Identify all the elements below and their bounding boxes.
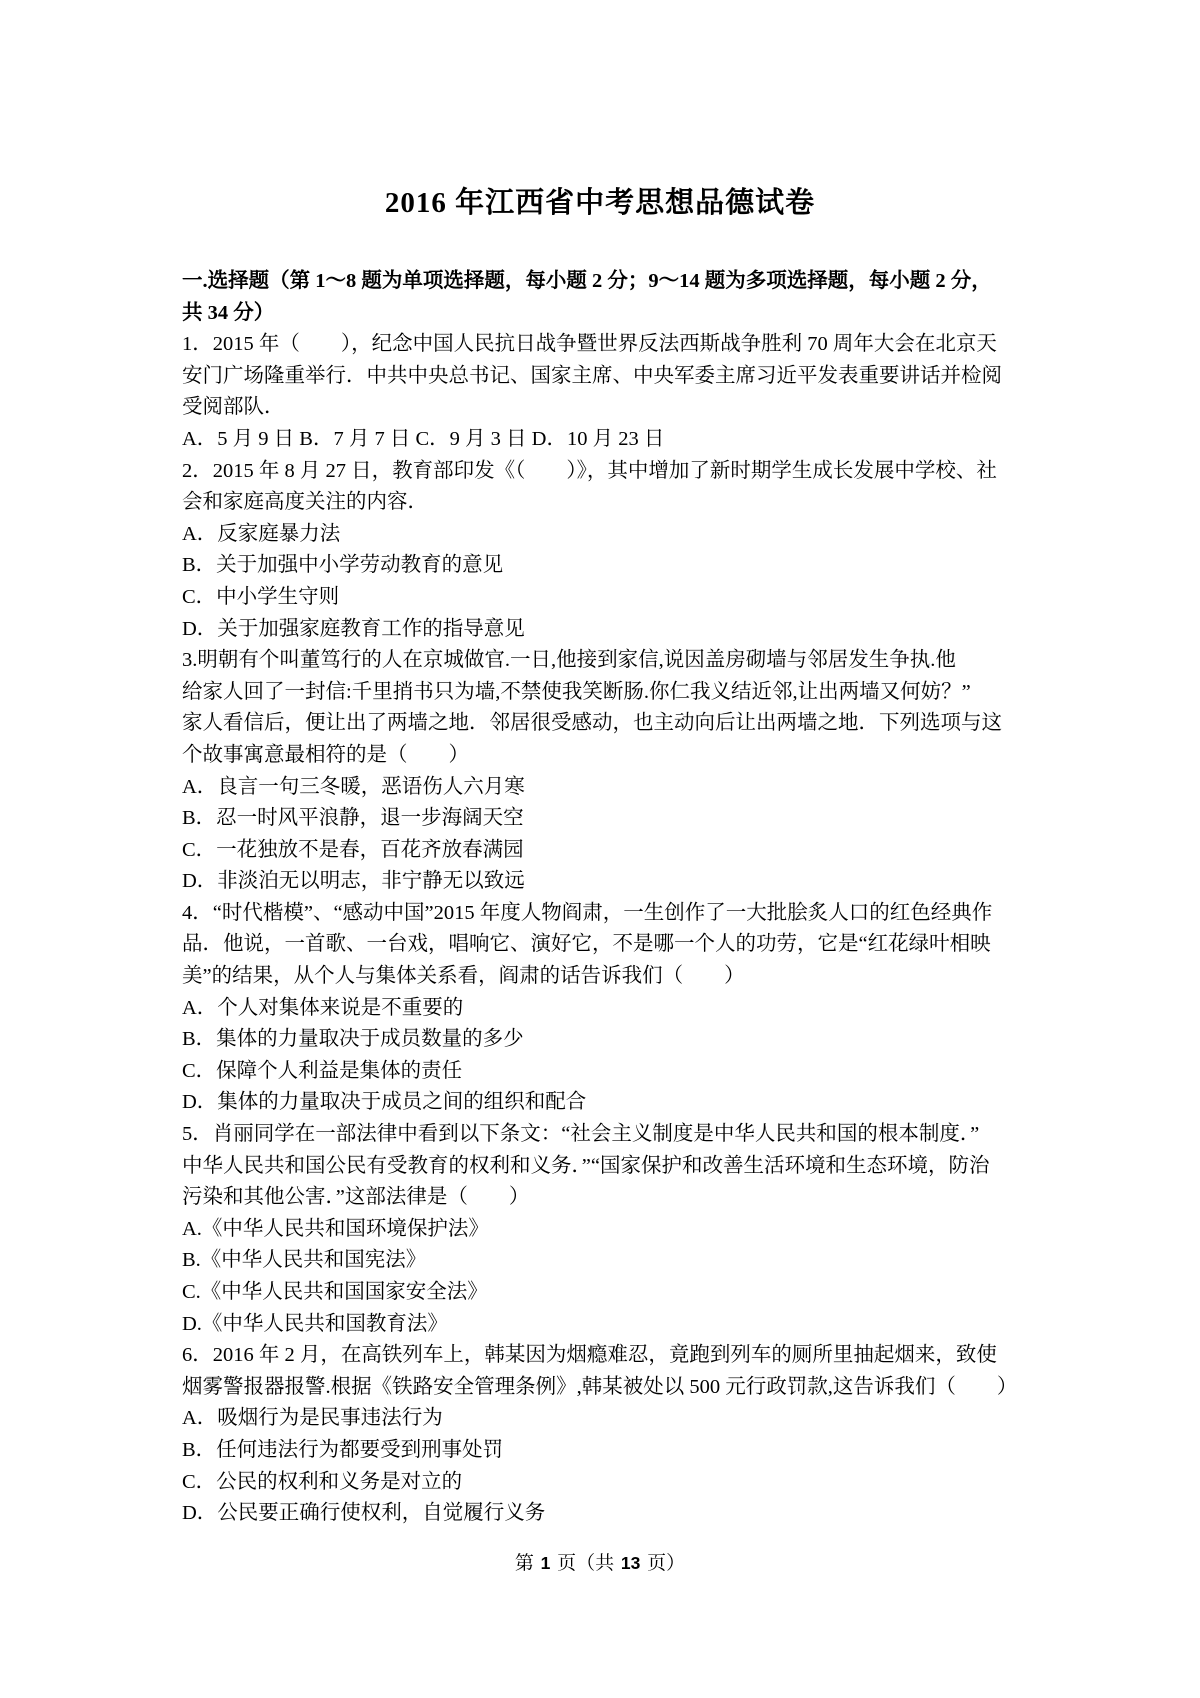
text-line: 安门广场隆重举行．中共中央总书记、国家主席、中央军委主席习近平发表重要讲话并检阅 <box>182 361 1027 393</box>
text-line: 6．2016 年 2 月，在高铁列车上，韩某因为烟瘾难忍，竟跑到列车的厕所里抽起… <box>182 1340 1027 1372</box>
text-line: 烟雾警报器报警.根据《铁路安全管理条例》,韩某被处以 500 元行政罚款,这告诉… <box>182 1372 1027 1404</box>
text-line: D．公民要正确行使权利，自觉履行义务 <box>182 1498 1027 1530</box>
text-line: A．反家庭暴力法 <box>182 519 1027 551</box>
text-line: A．个人对集体来说是不重要的 <box>182 993 1027 1025</box>
text-line: 个故事寓意最相符的是（ ） <box>182 740 1027 772</box>
text-line: 给家人回了一封信:千里捎书只为墙,不禁使我笑断肠.你仁我义结近邻,让出两墙又何妨… <box>182 677 1027 709</box>
footer-page-number: 1 <box>539 1553 553 1573</box>
text-line: 中华人民共和国公民有受教育的权利和义务．”“国家保护和改善生活环境和生态环境，防… <box>182 1151 1027 1183</box>
text-line: C．保障个人利益是集体的责任 <box>182 1056 1027 1088</box>
text-line: 一.选择题（第 1～8 题为单项选择题，每小题 2 分；9～14 题为多项选择题… <box>182 266 1027 298</box>
text-line: B．集体的力量取决于成员数量的多少 <box>182 1024 1027 1056</box>
text-line: A．吸烟行为是民事违法行为 <box>182 1403 1027 1435</box>
text-line: C．中小学生守则 <box>182 582 1027 614</box>
text-line: C.《中华人民共和国国家安全法》 <box>182 1277 1027 1309</box>
text-line: A．5 月 9 日 B．7 月 7 日 C．9 月 3 日 D．10 月 23 … <box>182 424 1027 456</box>
document-body: 一.选择题（第 1～8 题为单项选择题，每小题 2 分；9～14 题为多项选择题… <box>182 266 1027 1530</box>
text-line: B．任何违法行为都要受到刑事处罚 <box>182 1435 1027 1467</box>
document-title: 2016 年江西省中考思想品德试卷 <box>0 180 1200 221</box>
text-line: A.《中华人民共和国环境保护法》 <box>182 1214 1027 1246</box>
text-line: 家人看信后，便让出了两墙之地．邻居很受感动，也主动向后让出两墙之地．下列选项与这 <box>182 708 1027 740</box>
text-line: 受阅部队． <box>182 392 1027 424</box>
text-line: D．非淡泊无以明志，非宁静无以致远 <box>182 866 1027 898</box>
text-line: C．公民的权利和义务是对立的 <box>182 1467 1027 1499</box>
text-line: 3.明朝有个叫董笃行的人在京城做官.一日,他接到家信,说因盖房砌墙与邻居发生争执… <box>182 645 1027 677</box>
text-line: B.《中华人民共和国宪法》 <box>182 1245 1027 1277</box>
text-line: 美”的结果，从个人与集体关系看，阎肃的话告诉我们（ ） <box>182 961 1027 993</box>
text-line: 会和家庭高度关注的内容． <box>182 487 1027 519</box>
text-line: 污染和其他公害．”这部法律是（ ） <box>182 1182 1027 1214</box>
text-line: 共 34 分） <box>182 298 1027 330</box>
text-line: C．一花独放不是春，百花齐放春满园 <box>182 835 1027 867</box>
text-line: 5．肖丽同学在一部法律中看到以下条文：“社会主义制度是中华人民共和国的根本制度．… <box>182 1119 1027 1151</box>
text-line: D．关于加强家庭教育工作的指导意见 <box>182 614 1027 646</box>
text-line: 品．他说，一首歌、一台戏，唱响它、演好它，不是哪一个人的功劳，它是“红花绿叶相映 <box>182 929 1027 961</box>
text-line: B．关于加强中小学劳动教育的意见 <box>182 550 1027 582</box>
text-line: 4．“时代楷模”、“感动中国”2015 年度人物阎肃，一生创作了一大批脍炙人口的… <box>182 898 1027 930</box>
page-footer: 第 1 页（共 13 页） <box>0 1548 1200 1575</box>
text-line: B．忍一时风平浪静，退一步海阔天空 <box>182 803 1027 835</box>
text-line: D.《中华人民共和国教育法》 <box>182 1309 1027 1341</box>
footer-label-front: 第 <box>515 1553 534 1574</box>
footer-label-mid: 页（共 <box>557 1553 614 1574</box>
text-line: 1．2015 年（ ），纪念中国人民抗日战争暨世界反法西斯战争胜利 70 周年大… <box>182 329 1027 361</box>
footer-page-total: 13 <box>619 1553 642 1573</box>
footer-label-end: 页） <box>647 1553 685 1574</box>
text-line: 2．2015 年 8 月 27 日，教育部印发《（ ）》，其中增加了新时期学生成… <box>182 456 1027 488</box>
text-line: A．良言一句三冬暖，恶语伤人六月寒 <box>182 772 1027 804</box>
text-line: D．集体的力量取决于成员之间的组织和配合 <box>182 1087 1027 1119</box>
